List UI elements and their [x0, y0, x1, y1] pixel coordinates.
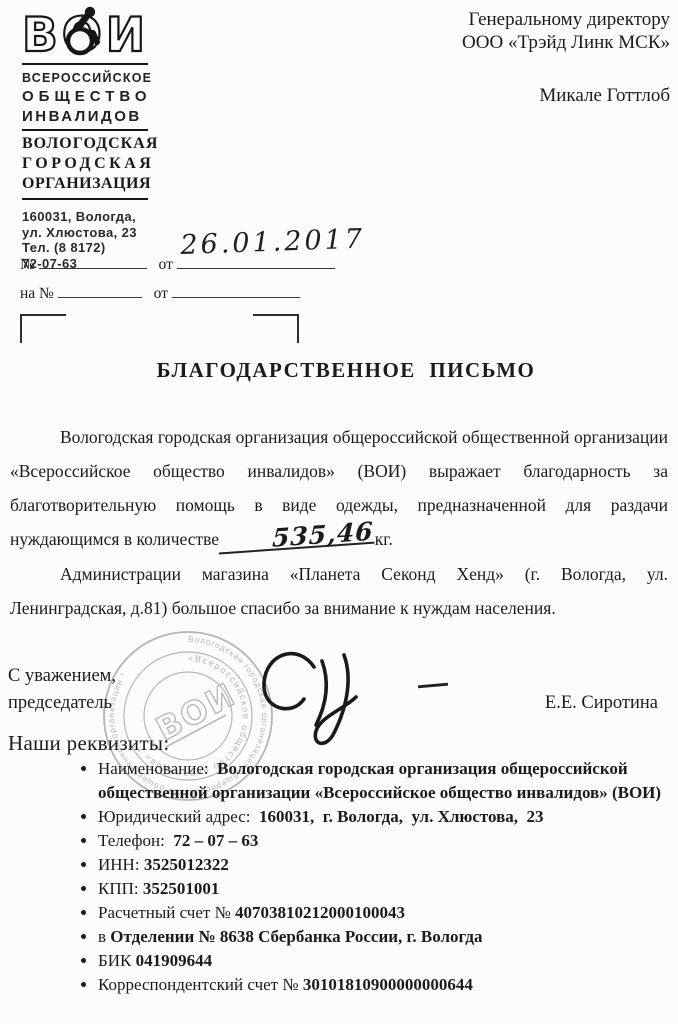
number-label: № [20, 256, 35, 273]
body-paragraph-2: Администрации магазина «Планета Секонд Х… [10, 557, 668, 625]
letter-title: БЛАГОДАРСТВЕННОЕ ПИСЬМО [14, 358, 678, 383]
requisite-item-account: Расчетный счет № 40703810212000100043 [98, 901, 678, 925]
requisite-item-bik: БИК 041909644 [98, 949, 678, 973]
requisite-label: Наименование: [98, 759, 209, 778]
address-corner-mark-left [20, 314, 66, 343]
address-line: ул. Хлюстова, 23 [22, 225, 172, 241]
recipient-line-1: Генеральному директору [462, 8, 670, 31]
requisite-label: ИНН: [98, 855, 140, 874]
requisite-label: БИК [98, 951, 131, 970]
address-line: 160031, Вологда, [22, 209, 172, 225]
recipient-name: Микале Готтлоб [539, 84, 670, 107]
society-line-1: ВСЕРОССИЙСКОЕ [22, 71, 172, 85]
branch-line-2: ГОРОДСКАЯ [22, 155, 172, 173]
handwritten-quantity: 535,46 [219, 523, 375, 555]
requisite-label: КПП: [98, 879, 139, 898]
requisite-label: Телефон: [98, 831, 165, 850]
branch-line-3: ОРГАНИЗАЦИЯ [22, 175, 172, 193]
signature-dash [418, 683, 448, 689]
requisite-value: 72 – 07 – 63 [165, 831, 259, 850]
requisites-heading: Наши реквизиты: [8, 731, 169, 756]
recipient-block: Генеральному директору ООО «Трэйд Линк М… [462, 8, 670, 54]
requisite-value: 30101810900000000644 [299, 975, 473, 994]
date-line: 26.01.2017 [177, 254, 335, 269]
requisite-label: Расчетный счет № [98, 903, 231, 922]
signature-closing: С уважением, [8, 663, 116, 689]
handwritten-date: 26.01.2017 [180, 224, 366, 261]
requisite-value: 041909644 [131, 951, 212, 970]
letterhead: ВОИ ВСЕРОССИЙСКОЕ ОБЩЕСТВО ИНВАЛИДОВ ВОЛ… [22, 6, 172, 271]
number-blank-line [39, 254, 147, 269]
scanned-letter-page: ВОИ ВСЕРОССИЙСКОЕ ОБЩЕСТВО ИНВАЛИДОВ ВОЛ… [0, 0, 678, 1024]
signature-position: председатель [8, 690, 112, 716]
logo-divider [22, 63, 148, 65]
requisite-item-address: Юридический адрес: 160031, г. Вологда, у… [98, 805, 678, 829]
requisite-value: 352501001 [139, 879, 220, 898]
requisite-item-bank: в Отделении № 8638 Сбербанка России, г. … [98, 925, 678, 949]
recipient-line-2: ООО «Трэйд Линк МСК» [462, 31, 670, 54]
society-line-2: ОБЩЕСТВО [22, 88, 172, 105]
requisite-label: в [98, 927, 106, 946]
requisite-item-inn: ИНН: 3525012322 [98, 853, 678, 877]
branch-line-1: ВОЛОГОДСКАЯ [22, 135, 172, 153]
society-divider [22, 129, 148, 131]
requisite-value: Отделении № 8638 Сбербанка России, г. Во… [106, 927, 482, 946]
requisites-list: Наименование: Вологодская городская орга… [60, 757, 678, 997]
date-label: от [159, 256, 173, 273]
requisite-item-phone: Телефон: 72 – 07 – 63 [98, 829, 678, 853]
requisite-label: Корреспондентский счет № [98, 975, 299, 994]
reference-row-1: № от 26.01.2017 [20, 254, 335, 274]
requisite-item-kpp: КПП: 352501001 [98, 877, 678, 901]
requisite-label: Юридический адрес: [98, 807, 251, 826]
requisite-value: 40703810212000100043 [231, 903, 405, 922]
reference-row-2: на № от [20, 283, 300, 303]
quantity-unit: кг. [375, 529, 393, 549]
requisite-item-corr-account: Корреспондентский счет № 301018109000000… [98, 973, 678, 997]
branch-divider [22, 198, 148, 200]
requisite-value: 3525012322 [140, 855, 229, 874]
society-line-3: ИНВАЛИДОВ [22, 108, 172, 125]
reply-date-blank-line [172, 283, 300, 298]
voi-logo: ВОИ [22, 6, 157, 60]
signature-scribble [252, 645, 402, 755]
reply-date-label: от [154, 285, 168, 302]
requisite-value: 160031, г. Вологда, ул. Хлюстова, 23 [251, 807, 544, 826]
signature-name: Е.Е. Сиротина [545, 690, 658, 716]
requisite-item-name: Наименование: Вологодская городская орга… [98, 757, 678, 805]
address-corner-mark-right [253, 314, 299, 343]
body-paragraph-1: Вологодская городская организация общеро… [10, 420, 668, 556]
reply-number-label: на № [20, 285, 54, 302]
reply-number-blank-line [58, 283, 142, 298]
